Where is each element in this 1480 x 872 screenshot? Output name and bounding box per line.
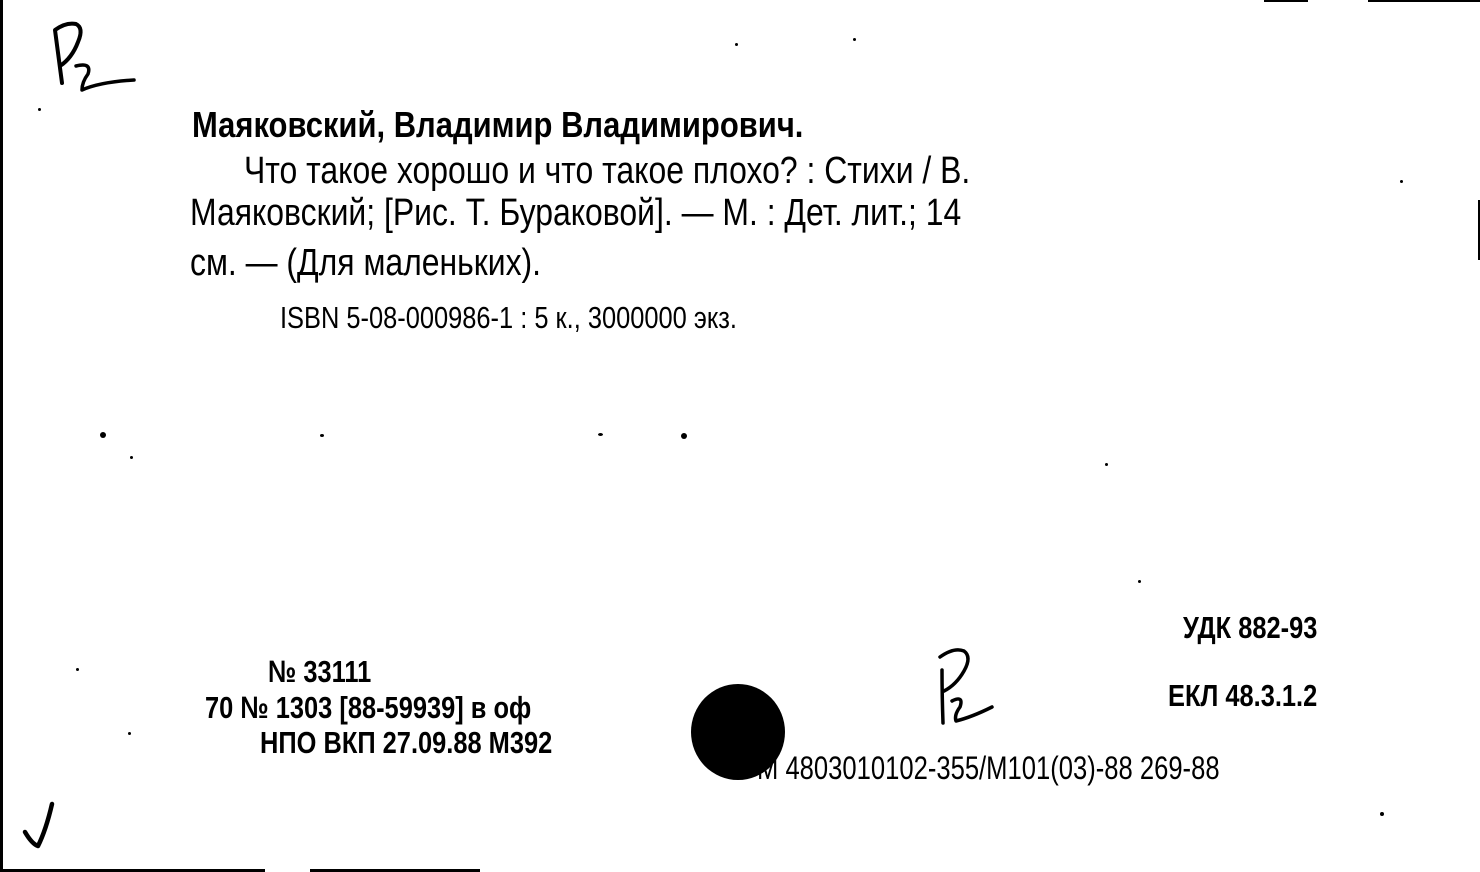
scan-speck — [1105, 463, 1108, 466]
scan-speck — [130, 456, 133, 459]
scan-speck — [320, 434, 324, 437]
scan-speck — [735, 43, 738, 46]
series-statement: см. — (Для маленьких). — [190, 242, 541, 285]
order-number: 70 № 1303 [88-59939] в оф — [205, 690, 531, 726]
scan-speck — [681, 433, 687, 439]
responsibility-publication: Маяковский; [Рис. Т. Бураковой]. — М. : … — [190, 192, 961, 235]
scan-edge-top — [1264, 0, 1308, 2]
scan-speck — [76, 668, 79, 671]
scan-speck — [598, 433, 603, 436]
scan-edge-top — [1368, 0, 1480, 2]
card-number: № 33111 — [268, 654, 371, 690]
catalog-card: Маяковский, Владимир Владимирович. Что т… — [0, 0, 1480, 872]
handwritten-p2-mark-bottom — [930, 645, 1010, 725]
handwritten-p2-mark-top — [48, 18, 138, 98]
scan-speck — [1380, 812, 1384, 816]
printer-info: НПО ВКП 27.09.88 М392 — [260, 725, 552, 761]
punch-hole — [691, 684, 785, 780]
scan-speck — [853, 38, 856, 41]
scan-speck — [1138, 580, 1141, 583]
scan-speck — [128, 732, 131, 735]
scan-speck — [100, 432, 106, 438]
udk-classification: УДК 882-93 — [1183, 610, 1317, 646]
scan-speck — [38, 108, 41, 111]
title-statement: Что такое хорошо и что такое плохо? : Ст… — [244, 150, 970, 193]
handwritten-checkmark-icon — [20, 800, 60, 852]
isbn-price-print-run: ISBN 5-08-000986-1 : 5 к., 3000000 экз. — [280, 300, 737, 336]
publisher-code: М 4803010102-355/М101(03)-88 269-88 — [757, 750, 1220, 787]
scan-speck — [1400, 180, 1403, 183]
scan-edge-left — [0, 0, 3, 872]
ekl-classification: ЕКЛ 48.3.1.2 — [1168, 678, 1317, 714]
author-heading: Маяковский, Владимир Владимирович. — [192, 104, 803, 146]
